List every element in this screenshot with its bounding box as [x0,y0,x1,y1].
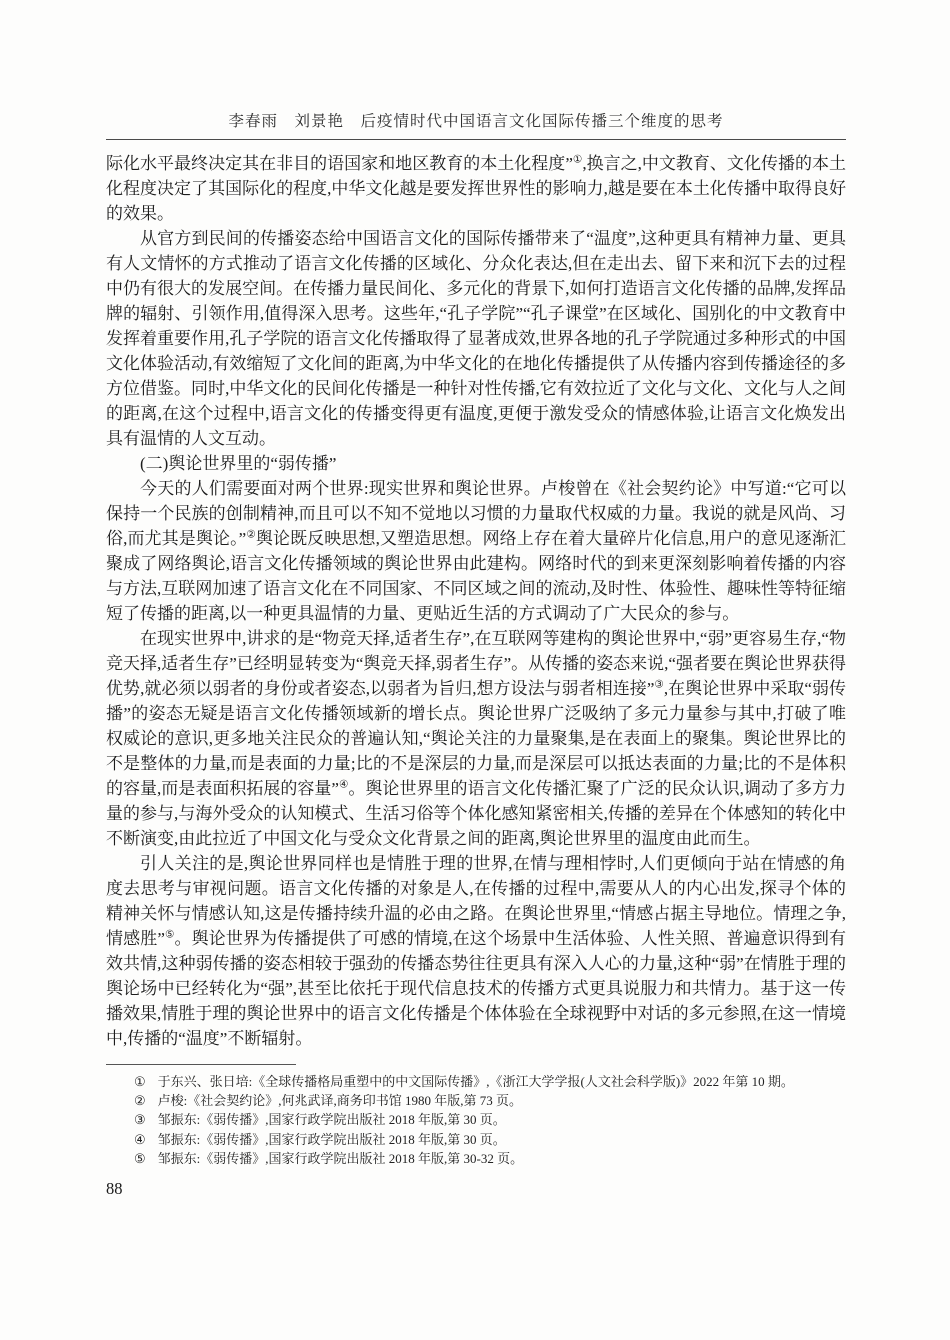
page-content: 李春雨 刘景艳 后疫情时代中国语言文化国际传播三个维度的思考 际化水平最终决定其… [106,0,846,1199]
header-rule [106,139,846,140]
footnote-text: 邹振东:《弱传播》,国家行政学院出版社 2018 年版,第 30 页。 [158,1132,506,1147]
section-heading: (二)舆论世界里的“弱传播” [106,451,846,476]
footnotes: ①于东兴、张日培:《全球传播格局重塑中的中文国际传播》,《浙江大学学报(人文社会… [106,1072,846,1168]
running-header: 李春雨 刘景艳 后疫情时代中国语言文化国际传播三个维度的思考 [106,0,846,131]
paragraph: 引人关注的是,舆论世界同样也是情胜于理的世界,在情与理相悖时,人们更倾向于站在情… [106,851,846,1051]
footnote-marker: ④ [134,1130,146,1149]
footnote-text: 邹振东:《弱传播》,国家行政学院出版社 2018 年版,第 30 页。 [158,1112,506,1127]
page-number: 88 [106,1179,846,1199]
footnote-item: ①于东兴、张日培:《全球传播格局重塑中的中文国际传播》,《浙江大学学报(人文社会… [106,1072,846,1091]
document-page: 李春雨 刘景艳 后疫情时代中国语言文化国际传播三个维度的思考 际化水平最终决定其… [0,0,950,1340]
footnote-text: 于东兴、张日培:《全球传播格局重塑中的中文国际传播》,《浙江大学学报(人文社会科… [158,1074,794,1089]
footnote-ref: ② [246,529,256,540]
paragraph: 际化水平最终决定其在非目的语国家和地区教育的本土化程度”①,换言之,中文教育、文… [106,151,846,226]
footnote-item: ②卢梭:《社会契约论》,何兆武译,商务印书馆 1980 年版,第 73 页。 [106,1091,846,1110]
footnote-marker: ① [134,1072,146,1091]
footnote-marker: ② [134,1091,146,1110]
paragraph: 今天的人们需要面对两个世界:现实世界和舆论世界。卢梭曾在《社会契约论》中写道:“… [106,476,846,626]
footnote-item: ④邹振东:《弱传播》,国家行政学院出版社 2018 年版,第 30 页。 [106,1130,846,1149]
footnote-ref: ③ [654,679,663,690]
footnote-divider [106,1064,296,1065]
footnote-ref: ④ [339,779,348,790]
footnote-item: ③邹振东:《弱传播》,国家行政学院出版社 2018 年版,第 30 页。 [106,1110,846,1129]
footnote-ref: ① [573,154,582,165]
footnote-marker: ③ [134,1110,146,1129]
footnote-ref: ⑤ [165,929,175,940]
paragraph: 在现实世界中,讲求的是“物竞天择,适者生存”,在互联网等建构的舆论世界中,“弱”… [106,626,846,851]
article-body: 际化水平最终决定其在非目的语国家和地区教育的本土化程度”①,换言之,中文教育、文… [106,151,846,1051]
footnote-marker: ⑤ [134,1149,146,1168]
footnote-text: 邹振东:《弱传播》,国家行政学院出版社 2018 年版,第 30-32 页。 [158,1151,523,1166]
text-run: 从官方到民间的传播姿态给中国语言文化的国际传播带来了“温度”,这种更具有精神力量… [106,229,846,448]
footnote-item: ⑤邹振东:《弱传播》,国家行政学院出版社 2018 年版,第 30-32 页。 [106,1149,846,1168]
text-run: 。舆论世界为传播提供了可感的情境,在这个场景中生活体验、人性关照、普遍意识得到有… [106,929,846,1048]
text-run: 际化水平最终决定其在非目的语国家和地区教育的本土化程度” [106,154,573,173]
footnote-text: 卢梭:《社会契约论》,何兆武译,商务印书馆 1980 年版,第 73 页。 [158,1093,522,1108]
paragraph: 从官方到民间的传播姿态给中国语言文化的国际传播带来了“温度”,这种更具有精神力量… [106,226,846,451]
text-run: (二)舆论世界里的“弱传播” [140,454,336,473]
